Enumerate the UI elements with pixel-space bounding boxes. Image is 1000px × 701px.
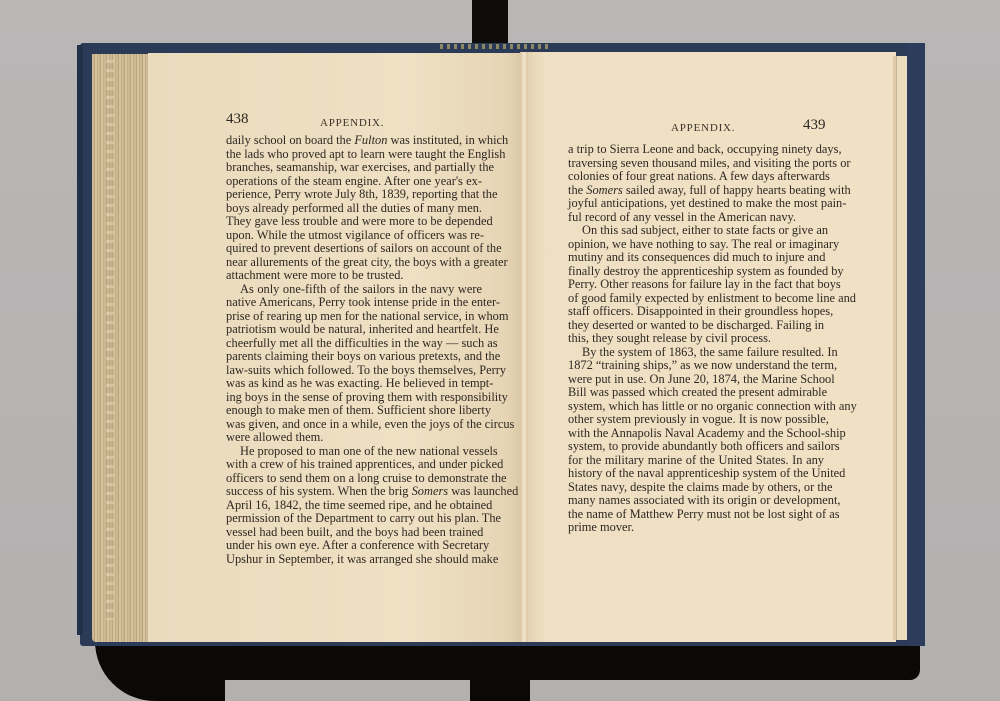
text-line: with a crew of his trained apprentices, … [226,458,482,472]
text-line: By the system of 1863, the same failure … [568,346,824,360]
text-line: were put in use. On June 20, 1874, the M… [568,373,824,387]
text-line: quired to prevent desertions of sailors … [226,242,482,256]
text-line: Upshur in September, it was arranged she… [226,553,482,567]
text-line: system, to provide abundantly both offic… [568,440,824,454]
ship-name: Somers [412,484,448,498]
text-line: under his own eye. After a conference wi… [226,539,482,553]
text-line: success of his system. When the brig Som… [226,485,482,499]
text-line: permission of the Department to carry ou… [226,512,482,526]
text-line: States navy, despite the claims made by … [568,481,824,495]
text-line: branches, seamanship, war exercises, and… [226,161,482,175]
cover-frayed-spine-edge [440,44,550,49]
text-line: prise of rearing up men for the national… [226,310,482,324]
text-line: They gave less trouble and were more to … [226,215,482,229]
text-line: 1872 “training ships,” as we now underst… [568,359,824,373]
text-line: operations of the steam engine. After on… [226,175,482,189]
left-page-number: 438 [226,111,249,128]
text-line: ing boys in the sense of proving them wi… [226,391,482,405]
text-line: enough to make men of them. Sufficient s… [226,404,482,418]
left-page-body: daily school on board the Fulton was ins… [226,134,482,566]
text-line: As only one-fifth of the sailors in the … [226,283,482,297]
left-running-head: APPENDIX. [320,117,384,129]
text-line: staff officers. Disappointed in their gr… [568,305,824,319]
text-line: April 16, 1842, the time seemed ripe, an… [226,499,482,513]
text-line: was as kind as he was exacting. He belie… [226,377,482,391]
text-line: parents claiming their boys on various p… [226,350,482,364]
text-line: system, which has little or no organic c… [568,400,824,414]
text-line: of good family expected by enlistment to… [568,292,824,306]
text-line: Bill was passed which created the presen… [568,386,824,400]
text-line: for the military marine of the United St… [568,454,824,468]
text-line: history of the naval apprenticeship syst… [568,467,824,481]
book-clamp [472,0,508,48]
text-line: traversing seven thousand miles, and vis… [568,157,824,171]
text-line: opinion, we have nothing to say. The rea… [568,238,824,252]
text-line: many names associated with its origin or… [568,494,824,508]
text-line: the lads who proved apt to learn were ta… [226,148,482,162]
text-line: were allowed them. [226,431,482,445]
right-page-body: a trip to Sierra Leone and back, occupyi… [568,143,824,535]
text-line: prime mover. [568,521,824,535]
text-line: Perry. Other reasons for failure lay in … [568,278,824,292]
text-line: they deserted or wanted to be discharged… [568,319,824,333]
page-block-edge [92,54,150,642]
text-line: On this sad subject, either to state fac… [568,224,824,238]
cover-left-edge [77,45,83,635]
book-gutter [520,52,528,642]
text-line: finally destroy the apprenticeship syste… [568,265,824,279]
right-page-stack [893,56,907,640]
text-line: colonies of four great nations. A few da… [568,170,824,184]
text-line: other system previously in vogue. It is … [568,413,824,427]
text-line: attachment were more to be trusted. [226,269,482,283]
text-line: patriotism would be natural, inherited a… [226,323,482,337]
text-line: a trip to Sierra Leone and back, occupyi… [568,143,824,157]
text-line: vessel had been built, and the boys had … [226,526,482,540]
cover-right-edge [907,43,925,646]
text-line: officers to send them on a long cruise t… [226,472,482,486]
page-block-foxing [106,60,114,620]
ship-name: Fulton [354,133,387,147]
text-line: daily school on board the Fulton was ins… [226,134,482,148]
text-line: law-suits which followed. To the boys th… [226,364,482,378]
text-line: ful record of any vessel in the American… [568,211,824,225]
book-shadow-gutter [470,640,530,701]
text-line: with the Annapolis Naval Academy and the… [568,427,824,441]
right-running-head: APPENDIX. [671,122,735,134]
text-line: mutiny and its consequences did much to … [568,251,824,265]
text-line: near allurements of the great city, the … [226,256,482,270]
text-line: upon. While the utmost vigilance of offi… [226,229,482,243]
text-line: the name of Matthew Perry must not be lo… [568,508,824,522]
right-page-number: 439 [803,117,826,134]
text-line: this, they sought release by civil proce… [568,332,824,346]
text-line: cheerfully met all the difficulties in t… [226,337,482,351]
ship-name: Somers [586,183,622,197]
text-line: native Americans, Perry took intense pri… [226,296,482,310]
text-line: joyful anticipations, yet destined to ma… [568,197,824,211]
text-line: the Somers sailed away, full of happy he… [568,184,824,198]
text-line: perience, Perry wrote July 8th, 1839, re… [226,188,482,202]
text-line: He proposed to man one of the new nation… [226,445,482,459]
text-line: was given, and once in a while, even the… [226,418,482,432]
text-line: boys already performed all the duties of… [226,202,482,216]
